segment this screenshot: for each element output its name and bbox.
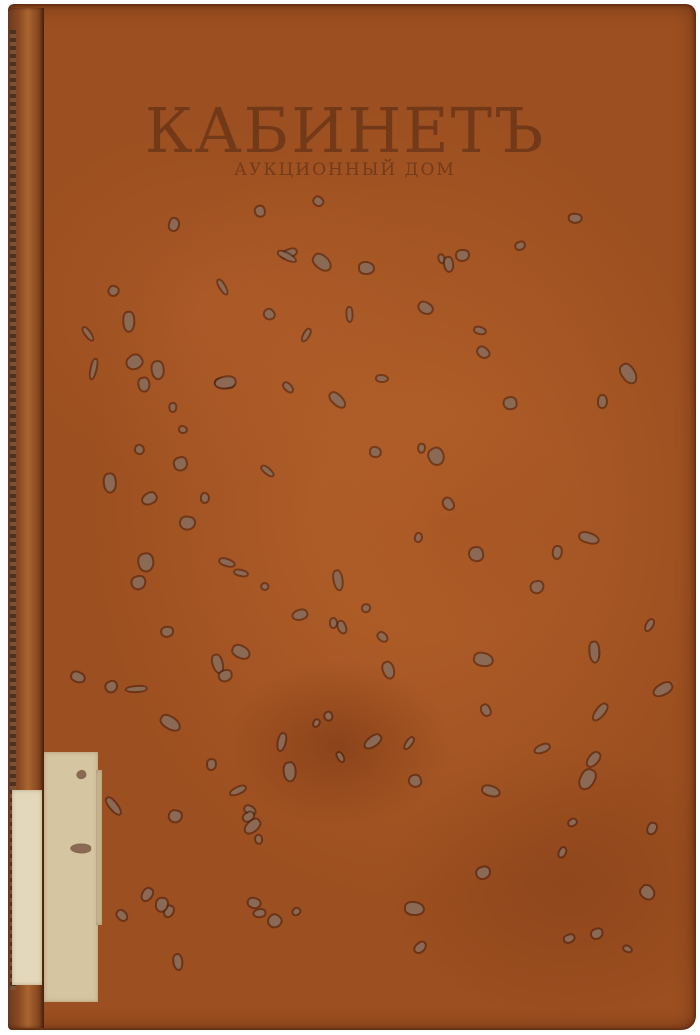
wear-spot: [570, 214, 581, 222]
auction-watermark: КАБИНЕТЪ АУКЦИОННЫЙ ДОМ: [130, 98, 560, 188]
wear-spot: [457, 251, 468, 260]
spine-paper-label: [12, 790, 42, 985]
paper-label-fragment: [96, 770, 102, 925]
wear-spot: [377, 376, 387, 381]
wear-spot: [347, 308, 352, 321]
watermark-title: КАБИНЕТЪ: [130, 98, 560, 164]
wear-spot: [504, 397, 516, 409]
wear-spot: [360, 263, 373, 273]
wear-spot: [255, 206, 264, 216]
paper-label-remnant: [44, 752, 98, 1002]
wear-spot: [180, 427, 187, 432]
wear-spot: [469, 547, 482, 560]
wear-spot: [371, 448, 380, 456]
